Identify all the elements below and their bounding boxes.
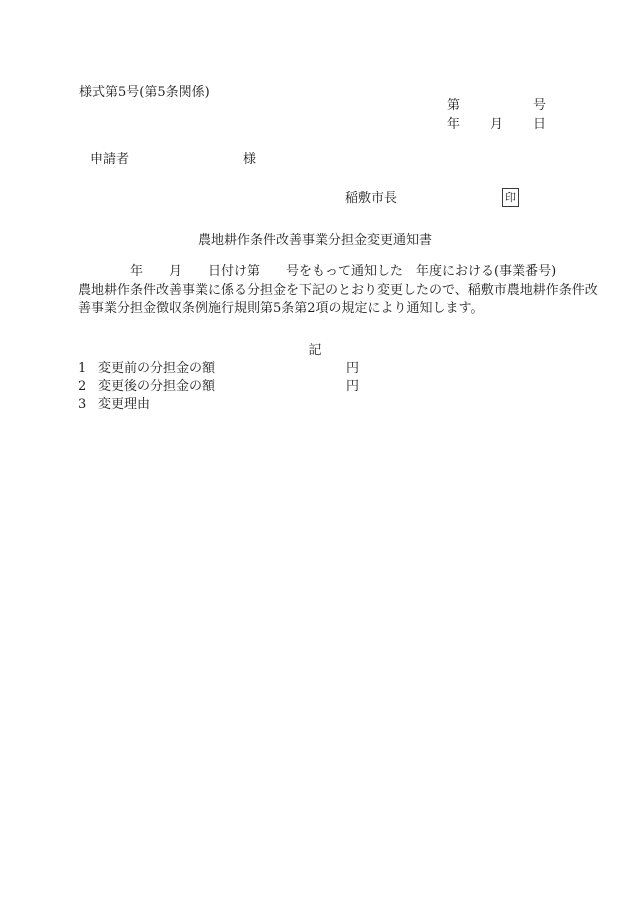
date-year-label: 年 [447, 117, 460, 133]
list-item-label: 変更理由 [98, 397, 346, 413]
date-month-label: 月 [490, 117, 503, 133]
recipient-honorific: 様 [243, 152, 256, 168]
body-paragraph-line-2: 農地耕作条件改善事業に係る分担金を下記のとおり変更したので、稲敷市農地耕作条件改 [78, 283, 598, 299]
body-paragraph-line-3: 善事業分担金徴収条例施行規則第5条第2項の規定により通知します。 [78, 301, 484, 317]
list-item-label: 変更後の分担金の額 [98, 379, 346, 395]
list-item-amount-before: 1 変更前の分担金の額 円 [78, 361, 359, 377]
doc-number-prefix: 第 [447, 98, 460, 114]
body-paragraph-line-1: 年 月 日付け第 号をもって通知した 年度における(事業番号) [78, 264, 556, 280]
list-heading: 記 [0, 343, 630, 359]
recipient-line: 申請者 様 [90, 152, 256, 168]
doc-number-line: 第 号 [447, 98, 546, 114]
form-number-label: 様式第5号(第5条関係) [79, 85, 210, 101]
list-item-number: 3 [78, 397, 98, 413]
list-item-number: 2 [78, 379, 98, 395]
currency-unit-label: 円 [346, 379, 359, 395]
doc-number-suffix: 号 [533, 98, 546, 114]
issuer-title: 稲敷市長 [345, 191, 397, 207]
document-title: 農地耕作条件改善事業分担金変更通知書 [0, 233, 630, 249]
notice-document-page: 様式第5号(第5条関係) 第 号 年 月 日 申請者 様 稲敷市長 印 農地耕作… [0, 0, 630, 903]
seal-mark: 印 [505, 192, 516, 203]
date-line: 年 月 日 [447, 117, 546, 133]
currency-unit-label: 円 [346, 361, 359, 377]
recipient-label: 申請者 [90, 152, 129, 168]
list-item-amount-after: 2 変更後の分担金の額 円 [78, 379, 359, 395]
list-item-label: 変更前の分担金の額 [98, 361, 346, 377]
date-day-label: 日 [533, 117, 546, 133]
list-item-change-reason: 3 変更理由 [78, 397, 346, 413]
seal-box: 印 [502, 188, 519, 207]
list-item-number: 1 [78, 361, 98, 377]
